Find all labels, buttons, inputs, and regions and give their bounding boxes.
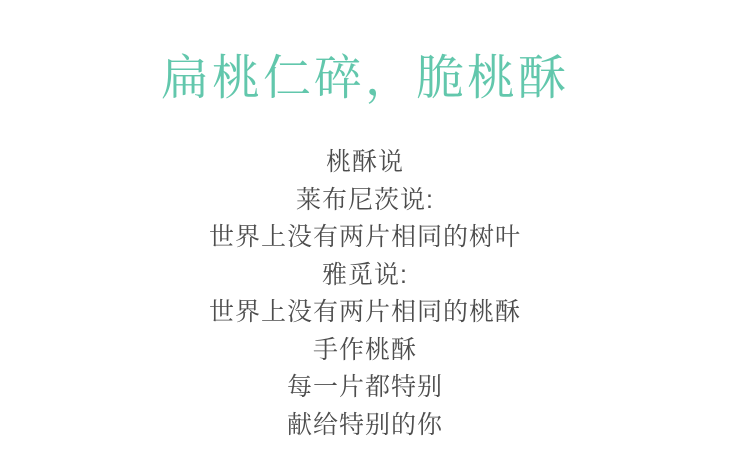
poem-line: 每一片都特别	[0, 369, 730, 407]
poem-line: 雅觅说:	[0, 257, 730, 295]
poem-line: 莱布尼茨说:	[0, 182, 730, 220]
poem-text: 桃酥说 莱布尼茨说: 世界上没有两片相同的树叶 雅觅说: 世界上没有两片相同的桃…	[0, 144, 730, 444]
poem-line: 桃酥说	[0, 144, 730, 182]
page-title: 扁桃仁碎，脆桃酥	[0, 0, 730, 107]
promo-image-page: 扁桃仁碎，脆桃酥 桃酥说 莱布尼茨说: 世界上没有两片相同的树叶 雅觅说: 世界…	[0, 0, 730, 471]
poem-line: 世界上没有两片相同的桃酥	[0, 294, 730, 332]
poem-line: 献给特别的你	[0, 407, 730, 445]
poem-line: 手作桃酥	[0, 332, 730, 370]
poem-line: 世界上没有两片相同的树叶	[0, 219, 730, 257]
